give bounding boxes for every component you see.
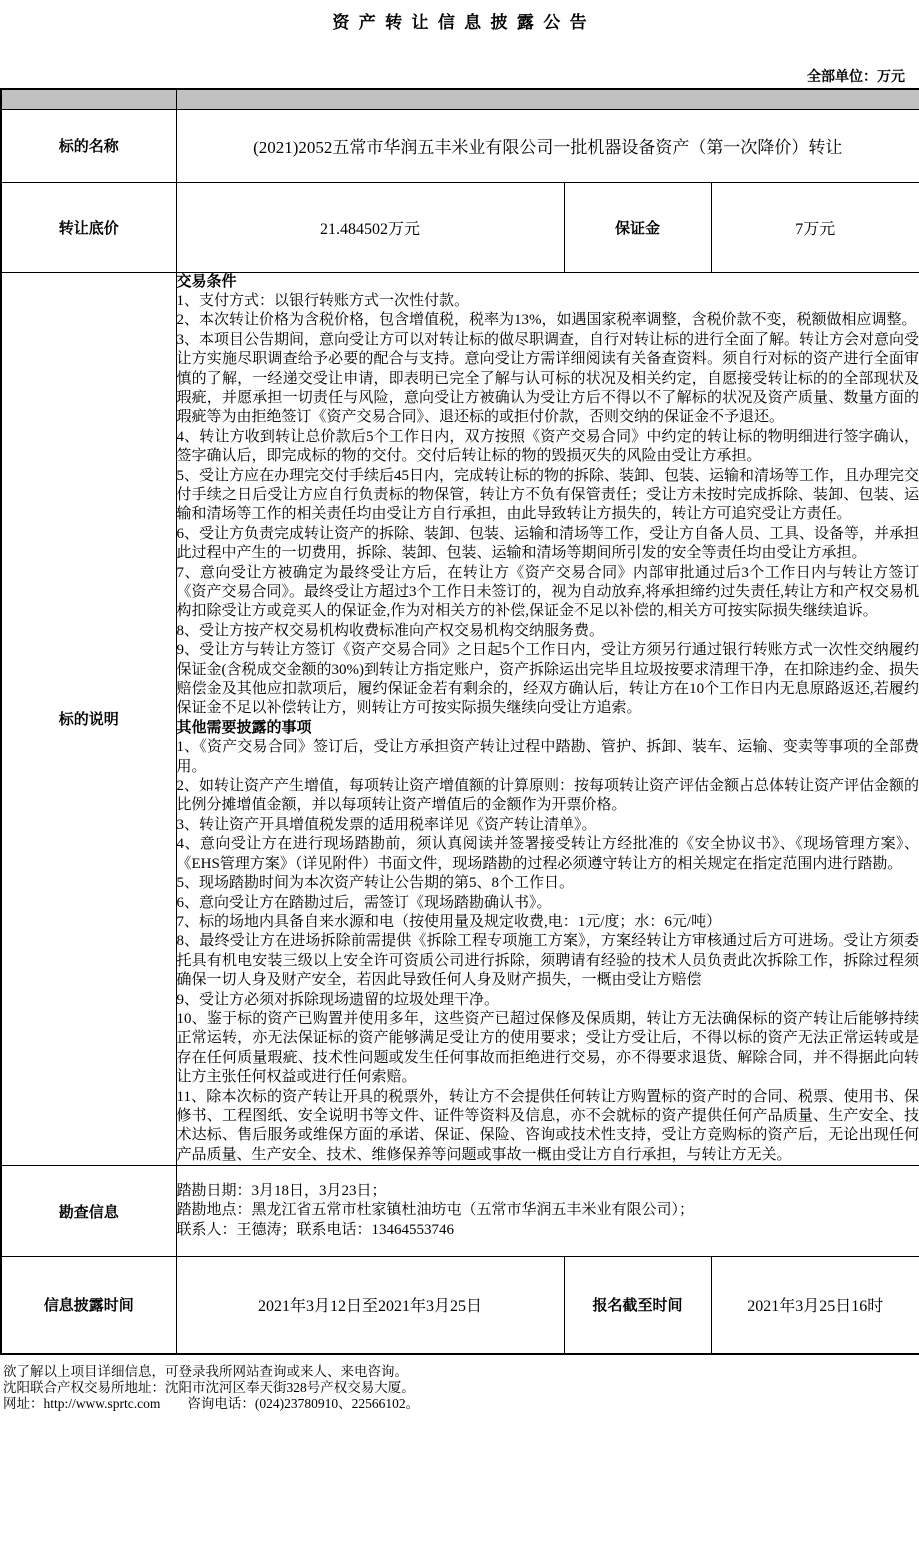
description-paragraph: 1、《资产交易合同》签订后，受让方承担资产转让过程中踏勘、管护、拆卸、装车、运输… <box>177 738 919 777</box>
survey-line: 踏勘地点：黑龙江省五常市杜家镇杜油坊屯（五常市华润五丰米业有限公司）； <box>177 1201 919 1221</box>
description-row: 标的说明 交易条件1、支付方式：以银行转账方式一次性付款。2、本次转让价格为含税… <box>1 272 919 1166</box>
description-paragraph: 10、鉴于标的资产已购置并使用多年，这些资产已超过保修及保质期，转让方无法确保标… <box>177 1010 919 1088</box>
description-paragraph: 4、意向受让方在进行现场踏勘前，须认真阅读并签署接受转让方经批准的《安全协议书》… <box>177 835 919 874</box>
announcement-page: 资产转让信息披露公告 全部单位：万元 标的名称 (2021)2052五常市华润五… <box>0 0 919 1555</box>
survey-line: 联系人：王德涛；联系电话：13464553746 <box>177 1221 919 1241</box>
description-paragraph: 7、意向受让方被确定为最终受让方后，在转让方《资产交易合同》内部审批通过后3个工… <box>177 564 919 622</box>
time-row: 信息披露时间 2021年3月12日至2021年3月25日 报名截至时间 2021… <box>1 1257 919 1354</box>
survey-row: 勘查信息 踏勘日期：3月18日，3月23日；踏勘地点：黑龙江省五常市杜家镇杜油坊… <box>1 1166 919 1257</box>
description-content: 交易条件1、支付方式：以银行转账方式一次性付款。2、本次转让价格为含税价格，包含… <box>176 272 919 1166</box>
deposit-value: 7万元 <box>711 182 919 272</box>
description-paragraph: 1、支付方式：以银行转账方式一次性付款。 <box>177 292 919 311</box>
description-paragraph: 7、标的场地内具备自来水源和电（按使用量及规定收费,电：1元/度；水：6元/吨） <box>177 913 919 932</box>
survey-label: 勘查信息 <box>1 1166 176 1257</box>
deposit-label: 保证金 <box>564 182 711 272</box>
description-label: 标的说明 <box>1 272 176 1166</box>
page-title: 资产转让信息披露公告 <box>0 8 919 33</box>
footer-note: 欲了解以上项目详细信息，可登录我所网站查询或来人、来电咨询。沈阳联合产权交易所地… <box>3 1364 919 1413</box>
description-paragraph: 2、本次转让价格为含税价格，包含增值税，税率为13%，如遇国家税率调整，含税价款… <box>177 311 919 330</box>
description-paragraph: 9、受让方必须对拆除现场遗留的垃圾处理干净。 <box>177 991 919 1010</box>
disclosure-time-label: 信息披露时间 <box>1 1257 176 1354</box>
survey-line: 踏勘日期：3月18日，3月23日； <box>177 1182 919 1202</box>
base-price-label: 转让底价 <box>1 182 176 272</box>
description-paragraph: 5、现场踏勘时间为本次资产转让公告期的第5、8个工作日。 <box>177 874 919 893</box>
description-paragraph: 9、受让方与转让方签订《资产交易合同》之日起5个工作日内，受让方须另行通过银行转… <box>177 641 919 719</box>
description-paragraph: 其他需要披露的事项 <box>177 719 919 738</box>
description-paragraph: 6、受让方负责完成转让资产的拆除、装卸、包装、运输和清场等工作，受让方自备人员、… <box>177 525 919 564</box>
description-paragraph: 2、如转让资产产生增值，每项转让资产增值额的计算原则：按每项转让资产评估金额占总… <box>177 777 919 816</box>
footer-line: 网址：http://www.sprtc.com 咨询电话：(024)237809… <box>3 1396 919 1412</box>
unit-note: 全部单位：万元 <box>0 66 905 86</box>
header-band-right-cell <box>176 89 919 109</box>
footer-line: 沈阳联合产权交易所地址：沈阳市沈河区奉天街328号产权交易大厦。 <box>3 1380 919 1396</box>
subject-name-row: 标的名称 (2021)2052五常市华润五丰米业有限公司一批机器设备资产（第一次… <box>1 109 919 182</box>
description-paragraph: 5、受让方应在办理完交付手续后45日内，完成转让标的物的拆除、装卸、包装、运输和… <box>177 467 919 525</box>
description-paragraph: 3、转让资产开具增值税发票的适用税率详见《资产转让清单》。 <box>177 816 919 835</box>
subject-name-value: (2021)2052五常市华润五丰米业有限公司一批机器设备资产（第一次降价）转让 <box>176 109 919 182</box>
description-paragraph: 11、除本次标的资产转让开具的税票外，转让方不会提供任何转让方购置标的资产时的合… <box>177 1088 919 1166</box>
base-price-value: 21.484502万元 <box>176 182 564 272</box>
description-paragraph: 4、转让方收到转让总价款后5个工作日内，双方按照《资产交易合同》中约定的转让标的… <box>177 428 919 467</box>
survey-content: 踏勘日期：3月18日，3月23日；踏勘地点：黑龙江省五常市杜家镇杜油坊屯（五常市… <box>176 1166 919 1257</box>
registration-deadline-label: 报名截至时间 <box>564 1257 711 1354</box>
footer-line: 欲了解以上项目详细信息，可登录我所网站查询或来人、来电咨询。 <box>3 1364 919 1380</box>
description-paragraph: 交易条件 <box>177 273 919 292</box>
subject-name-label: 标的名称 <box>1 109 176 182</box>
disclosure-table: 标的名称 (2021)2052五常市华润五丰米业有限公司一批机器设备资产（第一次… <box>0 88 919 1355</box>
table-header-band <box>1 89 919 109</box>
description-paragraph: 6、意向受让方在踏勘过后，需签订《现场踏勘确认书》。 <box>177 894 919 913</box>
disclosure-time-value: 2021年3月12日至2021年3月25日 <box>176 1257 564 1354</box>
price-row: 转让底价 21.484502万元 保证金 7万元 <box>1 182 919 272</box>
description-paragraph: 8、受让方按产权交易机构收费标准向产权交易机构交纳服务费。 <box>177 622 919 641</box>
description-paragraph: 3、本项目公告期间，意向受让方可以对转让标的做尽职调查，自行对转让标的进行全面了… <box>177 331 919 428</box>
registration-deadline-value: 2021年3月25日16时 <box>711 1257 919 1354</box>
header-band-left-cell <box>1 89 176 109</box>
description-paragraph: 8、最终受让方在进场拆除前需提供《拆除工程专项施工方案》，方案经转让方审核通过后… <box>177 932 919 990</box>
